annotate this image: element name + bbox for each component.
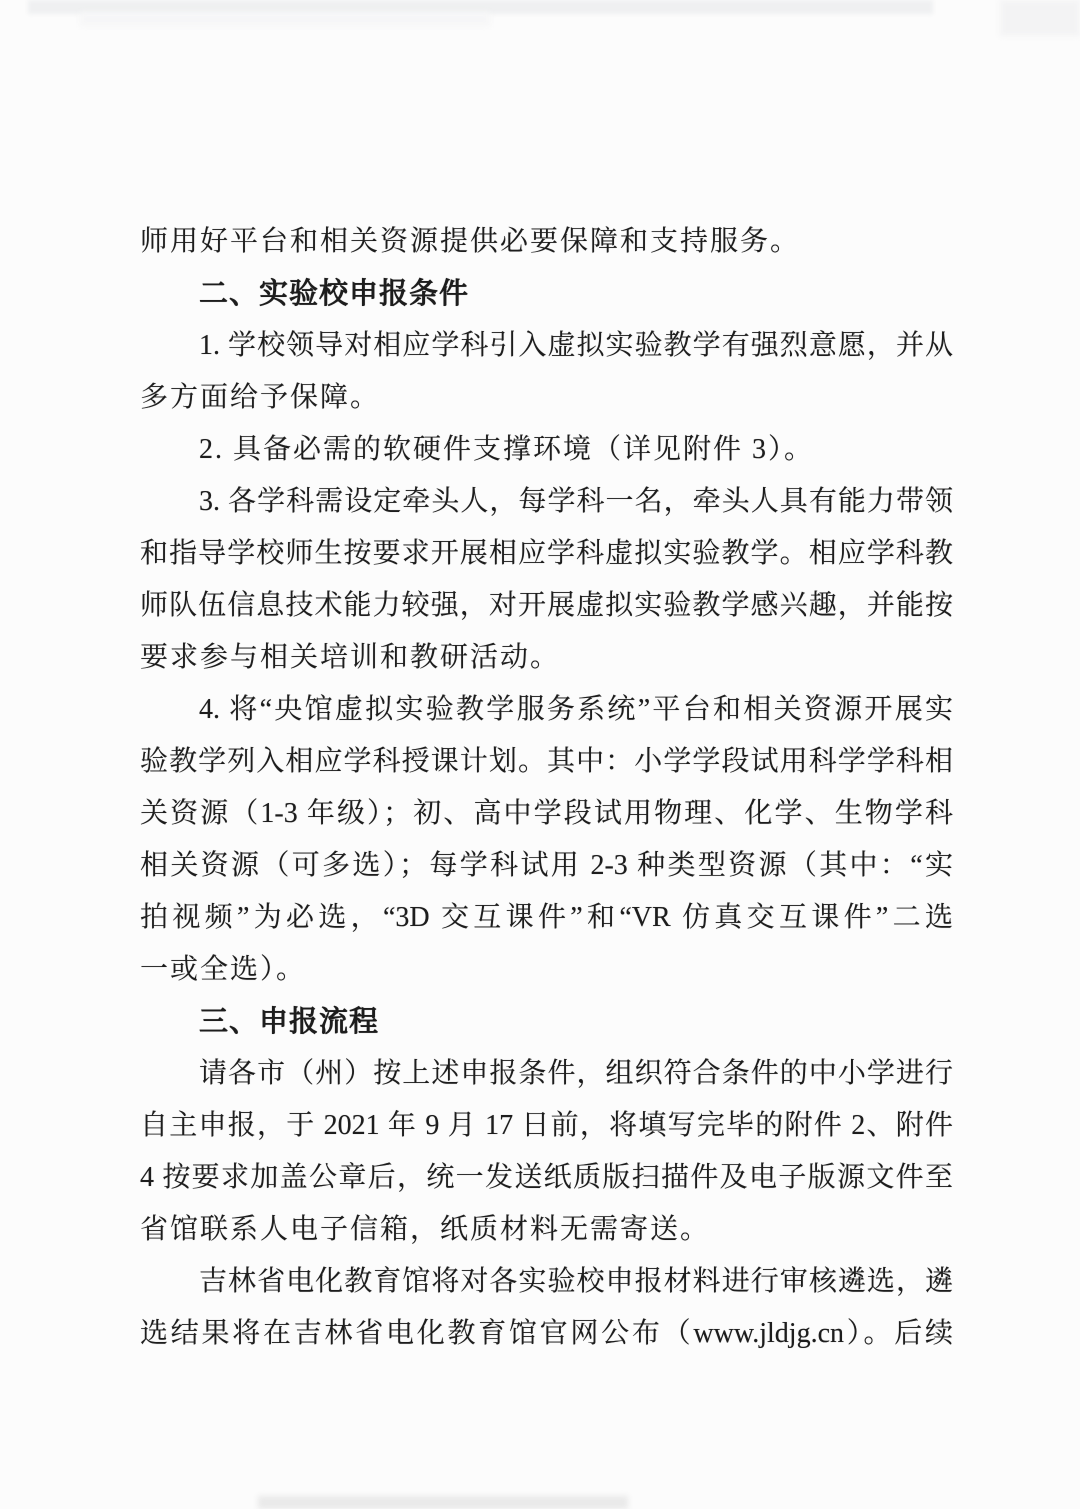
text-line-content: 自主申报，于 2021 年 9 月 17 日前，将填写完毕的附件 2、附件	[140, 1110, 953, 1141]
document-body: 师用好平台和相关资源提供必要保障和支持服务。二、实验校申报条件1. 学校领导对相…	[140, 216, 953, 1360]
text-line-content: 1. 学校领导对相应学科引入虚拟实验教学有强烈意愿，并从	[199, 330, 953, 361]
text-line: 师用好平台和相关资源提供必要保障和支持服务。	[140, 216, 953, 268]
text-line-content: 一或全选）。	[140, 954, 306, 985]
text-line-content: 2. 具备必需的软硬件支撑环境（详见附件 3）。	[199, 434, 814, 465]
bottom-page-shadow	[258, 1496, 628, 1509]
top-scan-shade-light	[80, 12, 490, 26]
text-line: 请各市（州）按上述申报条件，组织符合条件的中小学进行	[140, 1048, 953, 1100]
text-line: 省馆联系人电子信箱，纸质材料无需寄送。	[140, 1204, 953, 1256]
text-line: 一或全选）。	[140, 944, 953, 996]
text-line-content: 要求参与相关培训和教研活动。	[140, 642, 560, 673]
page-surface: 师用好平台和相关资源提供必要保障和支持服务。二、实验校申报条件1. 学校领导对相…	[0, 0, 1080, 1509]
text-line-content: 关资源（1-3 年级）；初、高中学段试用物理、化学、生物学科	[140, 798, 953, 829]
text-line: 相关资源（可多选）；每学科试用 2-3 种类型资源（其中：“实	[140, 840, 953, 892]
text-line: 关资源（1-3 年级）；初、高中学段试用物理、化学、生物学科	[140, 788, 953, 840]
text-line: 2. 具备必需的软硬件支撑环境（详见附件 3）。	[140, 424, 953, 476]
text-line-content: 省馆联系人电子信箱，纸质材料无需寄送。	[140, 1214, 710, 1245]
text-line: 验教学列入相应学科授课计划。其中：小学学段试用科学学科相	[140, 736, 953, 788]
top-right-scan-shade	[1000, 0, 1080, 36]
text-line-content: 二、实验校申报条件	[199, 278, 469, 310]
text-line: 吉林省电化教育馆将对各实验校申报材料进行审核遴选，遴	[140, 1256, 953, 1308]
text-line: 和指导学校师生按要求开展相应学科虚拟实验教学。相应学科教	[140, 528, 953, 580]
text-line-content: 选结果将在吉林省电化教育馆官网公布（www.jldjg.cn）。后续	[140, 1318, 953, 1349]
section-heading: 二、实验校申报条件	[140, 268, 953, 320]
text-line: 4 按要求加盖公章后，统一发送纸质版扫描件及电子版源文件至	[140, 1152, 953, 1204]
text-line: 要求参与相关培训和教研活动。	[140, 632, 953, 684]
text-line: 拍视频”为必选，“3D 交互课件”和“VR 仿真交互课件”二选	[140, 892, 953, 944]
section-heading: 三、申报流程	[140, 996, 953, 1048]
text-line-content: 和指导学校师生按要求开展相应学科虚拟实验教学。相应学科教	[140, 538, 953, 569]
text-line-content: 验教学列入相应学科授课计划。其中：小学学段试用科学学科相	[140, 746, 953, 777]
text-line: 4. 将“央馆虚拟实验教学服务系统”平台和相关资源开展实	[140, 684, 953, 736]
text-line-content: 三、申报流程	[199, 1006, 379, 1038]
text-line: 师队伍信息技术能力较强，对开展虚拟实验教学感兴趣，并能按	[140, 580, 953, 632]
text-line: 选结果将在吉林省电化教育馆官网公布（www.jldjg.cn）。后续	[140, 1308, 953, 1360]
text-line: 多方面给予保障。	[140, 372, 953, 424]
text-line-content: 师用好平台和相关资源提供必要保障和支持服务。	[140, 226, 800, 257]
text-line-content: 吉林省电化教育馆将对各实验校申报材料进行审核遴选，遴	[199, 1266, 953, 1297]
text-line: 3. 各学科需设定牵头人，每学科一名，牵头人具有能力带领	[140, 476, 953, 528]
text-line-content: 4. 将“央馆虚拟实验教学服务系统”平台和相关资源开展实	[199, 694, 953, 725]
text-line-content: 3. 各学科需设定牵头人，每学科一名，牵头人具有能力带领	[199, 486, 953, 517]
text-line-content: 4 按要求加盖公章后，统一发送纸质版扫描件及电子版源文件至	[140, 1162, 953, 1193]
text-line-content: 师队伍信息技术能力较强，对开展虚拟实验教学感兴趣，并能按	[140, 590, 953, 621]
text-line-content: 拍视频”为必选，“3D 交互课件”和“VR 仿真交互课件”二选	[140, 902, 953, 933]
text-line: 1. 学校领导对相应学科引入虚拟实验教学有强烈意愿，并从	[140, 320, 953, 372]
text-line: 自主申报，于 2021 年 9 月 17 日前，将填写完毕的附件 2、附件	[140, 1100, 953, 1152]
text-line-content: 多方面给予保障。	[140, 382, 380, 413]
text-line-content: 请各市（州）按上述申报条件，组织符合条件的中小学进行	[199, 1058, 953, 1089]
text-line-content: 相关资源（可多选）；每学科试用 2-3 种类型资源（其中：“实	[140, 850, 953, 881]
